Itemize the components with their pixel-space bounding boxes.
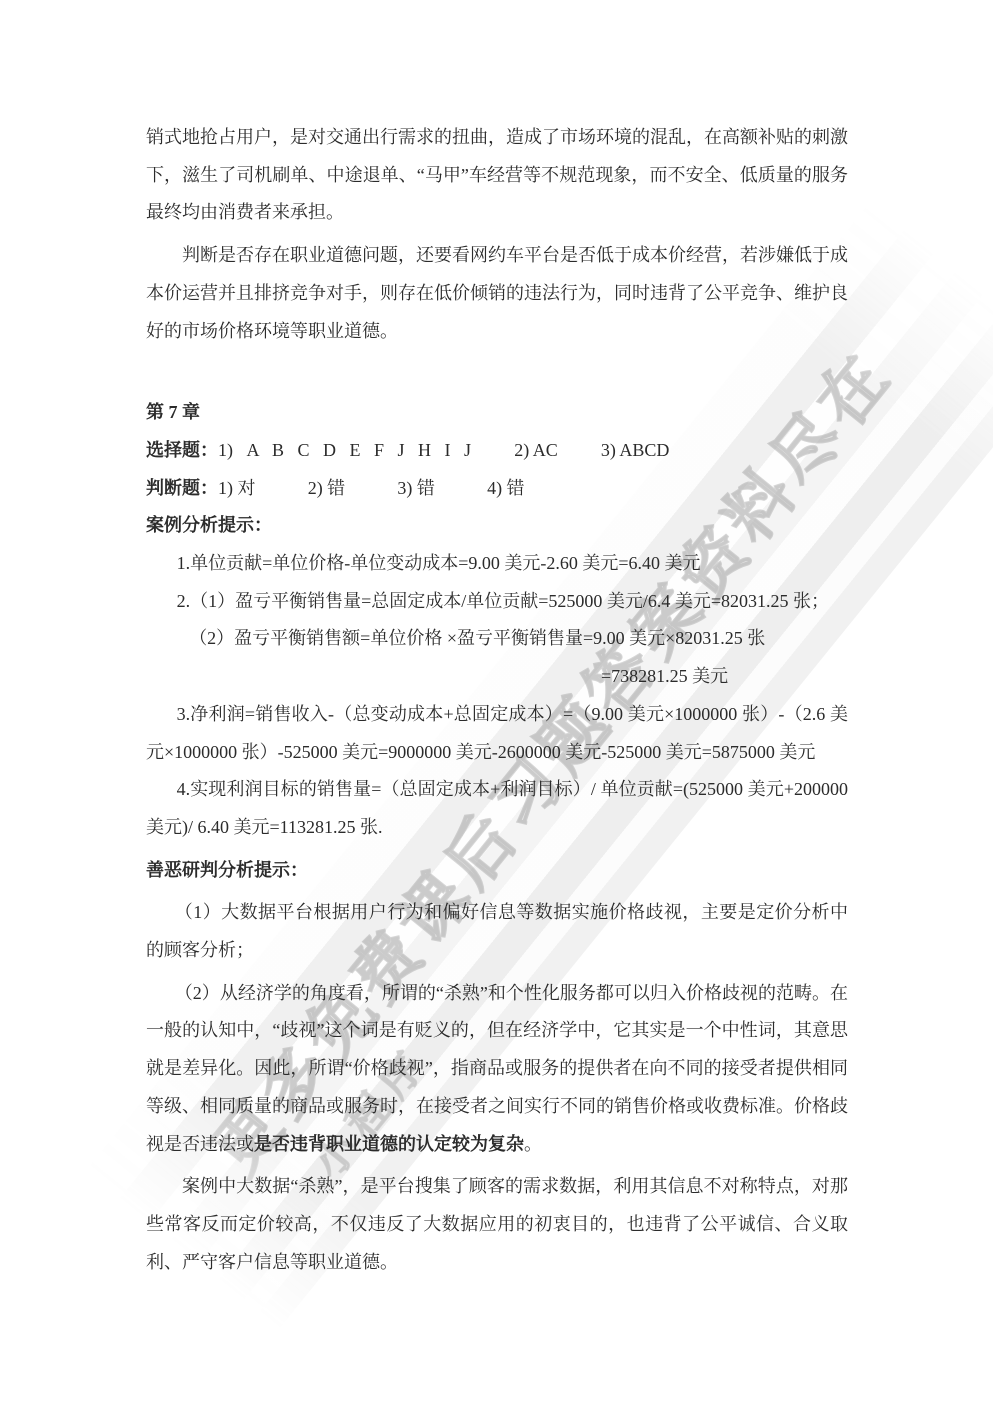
judge-answer-group: 2) 错: [308, 478, 346, 498]
judge-answer-group: 4) 错: [487, 478, 525, 498]
calc-item-1: 1.单位贡献=单位价格-单位变动成本=9.00 美元-2.60 美元=6.40 …: [146, 545, 848, 583]
true-false-label: 判断题：: [146, 478, 218, 498]
multiple-choice-label: 选择题：: [146, 440, 218, 460]
case-summary-paragraph: 案例中大数据“杀熟”，是平台搜集了顾客的需求数据，利用其信息不对称特点，对那些常…: [146, 1168, 848, 1281]
choice-answer-group: 3) ABCD: [601, 440, 670, 460]
ethics-point-2-bold: 是否违背职业道德的认定较为复杂: [254, 1134, 524, 1154]
true-false-row: 判断题：1) 对2) 错3) 错4) 错: [146, 470, 848, 508]
calc-item-2-result: =738281.25 美元: [146, 658, 848, 696]
chapter-heading: 第 7 章: [146, 394, 848, 432]
case-analysis-heading: 案例分析提示：: [146, 507, 848, 545]
choice-answer-group: 1) A B C D E F J H I J: [218, 440, 471, 460]
ethics-point-2-tail: 。: [524, 1134, 542, 1154]
calc-item-3: 3.净利润=销售收入-（总变动成本+总固定成本）=（9.00 美元×100000…: [146, 696, 848, 771]
judge-answer-group: 1) 对: [218, 478, 256, 498]
multiple-choice-row: 选择题：1) A B C D E F J H I J2) AC3) ABCD: [146, 432, 848, 470]
calc-item-4: 4.实现利润目标的销售量=（总固定成本+利润目标）/ 单位贡献=(525000 …: [146, 771, 848, 846]
choice-answer-group: 2) AC: [514, 440, 558, 460]
judge-answer-group: 3) 错: [397, 478, 435, 498]
ethics-analysis-heading: 善恶研判分析提示：: [146, 852, 848, 890]
ethics-point-2-text: （2）从经济学的角度看，所谓的“杀熟”和个性化服务都可以归入价格歧视的范畴。在一…: [146, 983, 848, 1154]
ethics-point-2: （2）从经济学的角度看，所谓的“杀熟”和个性化服务都可以归入价格歧视的范畴。在一…: [146, 975, 848, 1164]
calc-item-2-1: 2.（1）盈亏平衡销售量=总固定成本/单位贡献=525000 美元/6.4 美元…: [146, 583, 848, 621]
judgment-paragraph: 判断是否存在职业道德问题，还要看网约车平台是否低于成本价经营，若涉嫌低于成本价运…: [146, 237, 848, 350]
ethics-point-1: （1）大数据平台根据用户行为和偏好信息等数据实施价格歧视，主要是定价分析中的顾客…: [146, 894, 848, 969]
carryover-paragraph: 销式地抢占用户，是对交通出行需求的扭曲，造成了市场环境的混乱，在高额补贴的刺激下…: [146, 119, 848, 232]
document-page: 销式地抢占用户，是对交通出行需求的扭曲，造成了市场环境的混乱，在高额补贴的刺激下…: [146, 119, 848, 1281]
calc-item-2-2: （2）盈亏平衡销售额=单位价格 ×盈亏平衡销售量=9.00 美元×82031.2…: [146, 620, 848, 658]
